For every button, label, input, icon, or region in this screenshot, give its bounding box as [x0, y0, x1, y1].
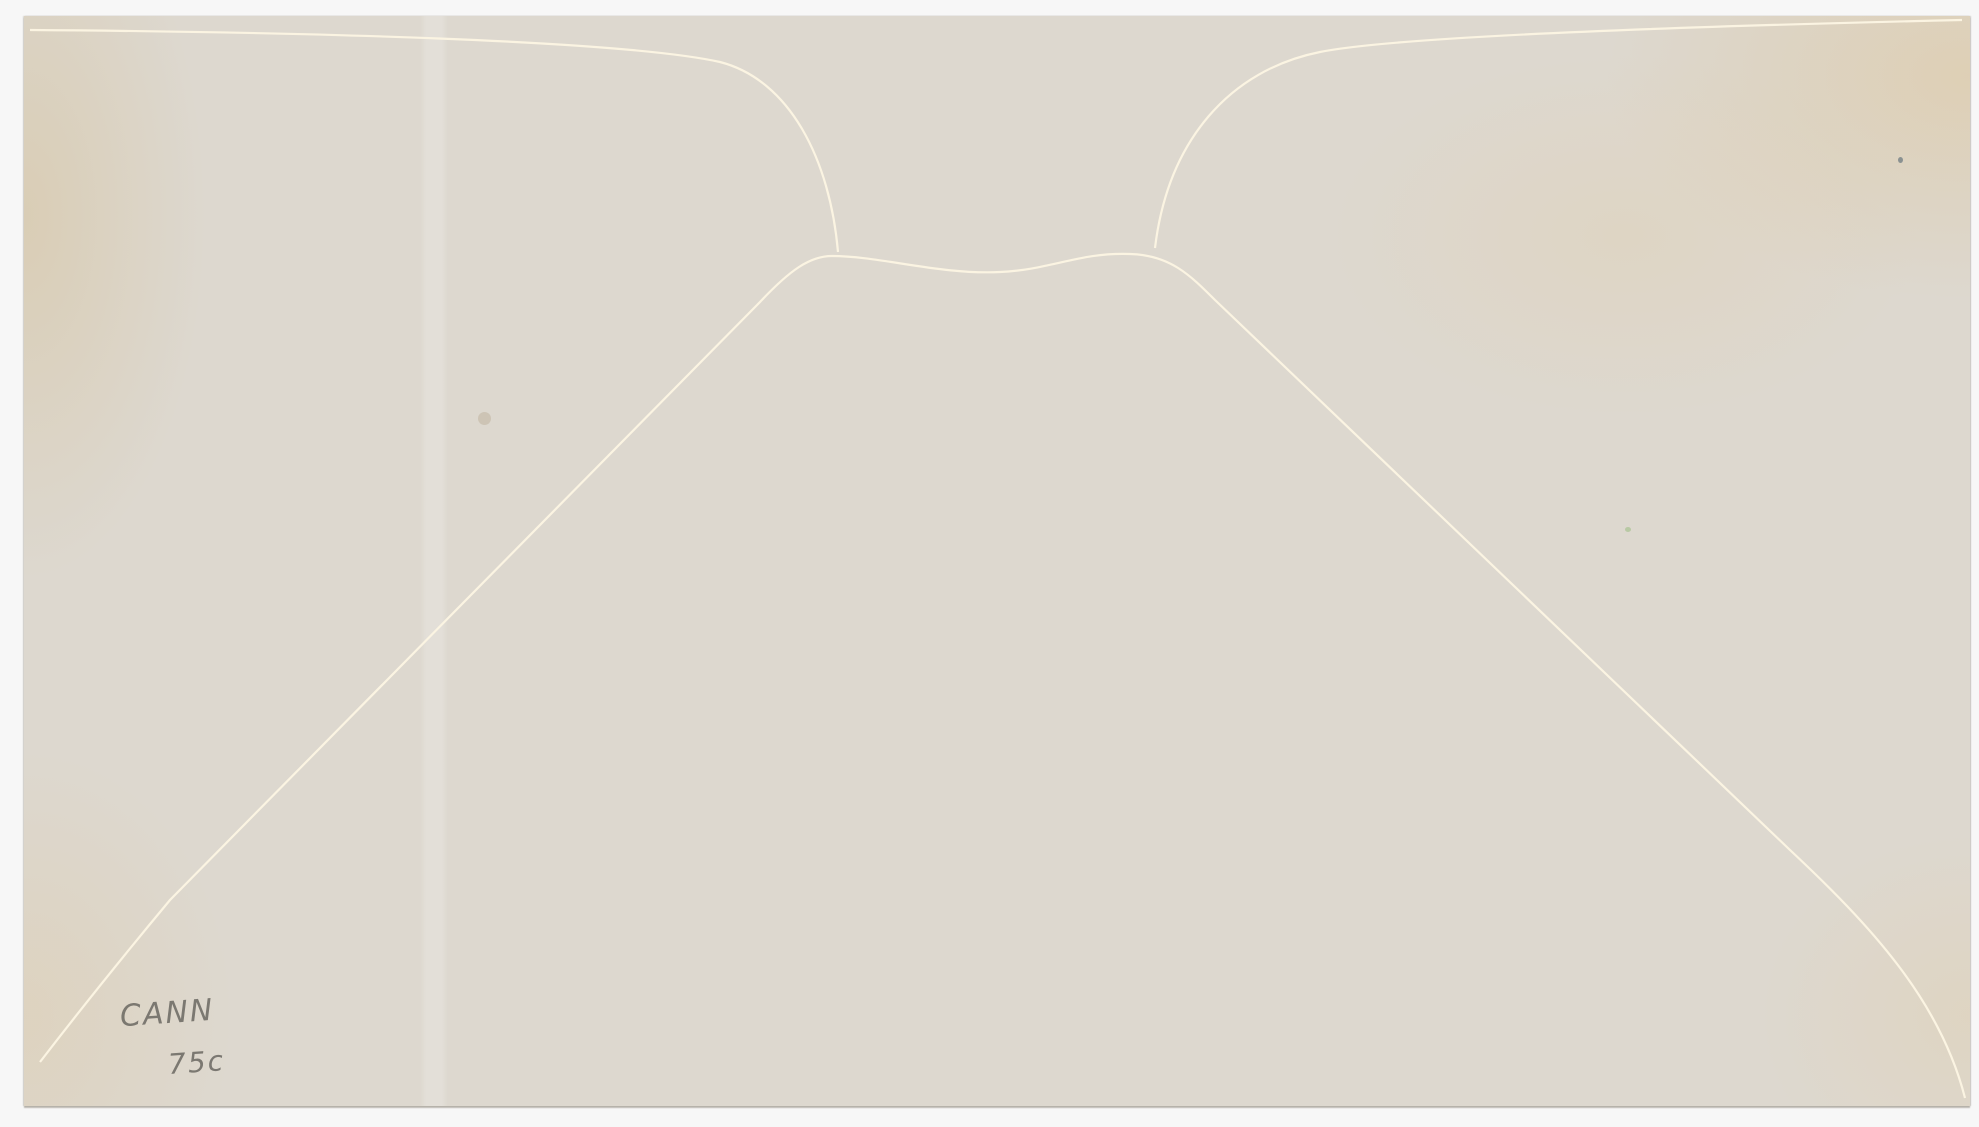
- pencil-annotation-price: 75c: [167, 1044, 226, 1081]
- scan-background: CANN 75c: [0, 0, 1979, 1127]
- green-speck: [1625, 527, 1631, 532]
- dark-speck: [1898, 157, 1903, 163]
- pencil-annotation-name: CANN: [119, 993, 216, 1034]
- envelope-back: [24, 16, 1970, 1106]
- stain-spot: [478, 412, 491, 425]
